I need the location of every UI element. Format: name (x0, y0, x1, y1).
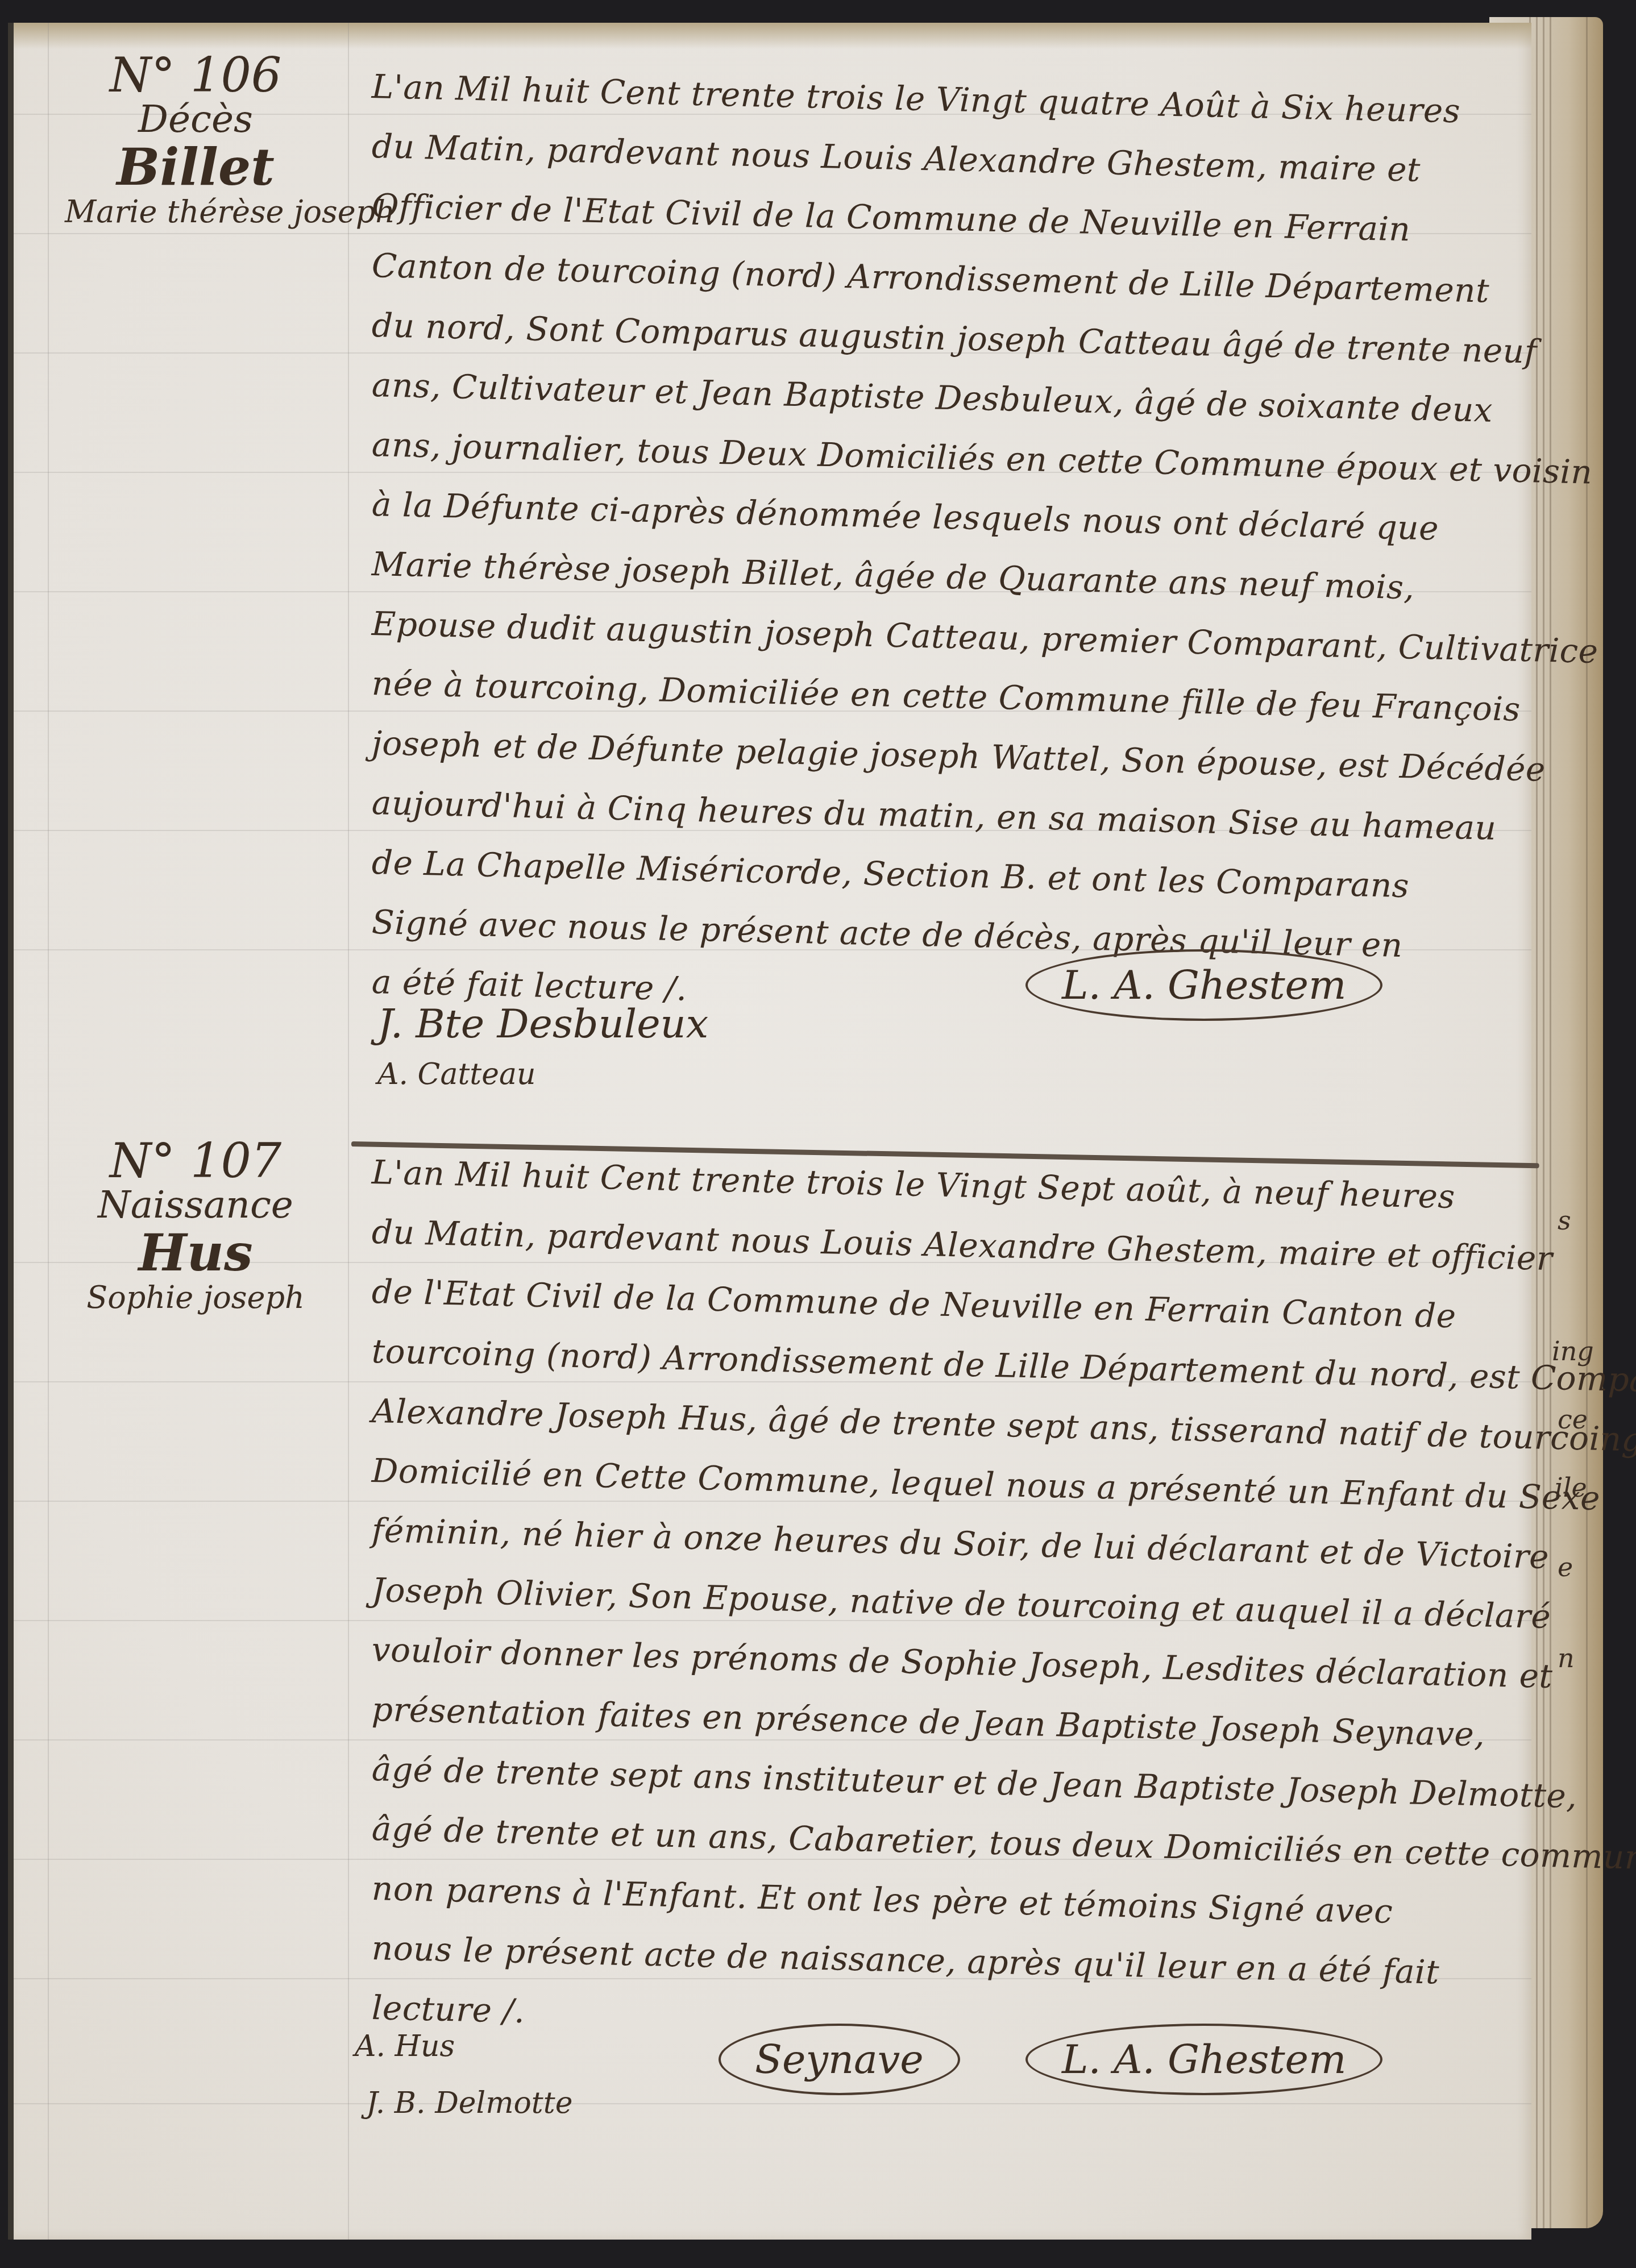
register-page: N° 106 Décès Billet Marie thérèse joseph… (8, 23, 1531, 2240)
signature-catteau: A. Catteau (377, 1057, 535, 1091)
scanned-register-image: s ing ce ile e n N° 106 Décès Billet (0, 0, 1636, 2268)
page-edge-line (1550, 17, 1551, 2228)
entry-107-margin: N° 107 Naissance Hus Sophie joseph (65, 1137, 326, 1316)
ruled-line (14, 2103, 1531, 2104)
page-edge-line (1543, 17, 1544, 2228)
entry-surname: Hus (65, 1226, 326, 1280)
binding-rule (48, 23, 49, 2240)
entry-106-body: L'an Mil huit Cent trente trois le Vingt… (372, 57, 1531, 1012)
entry-106-margin: N° 106 Décès Billet Marie thérèse joseph (65, 51, 326, 231)
entry-number: N° 106 (65, 51, 326, 99)
entry-107-body: L'an Mil huit Cent trente trois le Vingt… (372, 1143, 1531, 2038)
adjacent-page-fragment: s (1558, 1205, 1571, 1236)
signature-seynave: Seynave (719, 2024, 960, 2095)
adjacent-page-fragment: e (1558, 1552, 1573, 1582)
margin-rule (348, 23, 349, 2240)
entry-given-names: Marie thérèse joseph (65, 194, 326, 231)
entry-type: Naissance (65, 1185, 326, 1226)
entry-number: N° 107 (65, 1137, 326, 1185)
page-wear (14, 23, 1531, 49)
signature-mayor-ghestem: L. A. Ghestem (1025, 949, 1382, 1021)
signature-mayor-ghestem: L. A. Ghestem (1025, 2024, 1382, 2095)
signature-delmotte: J. B. Delmotte (366, 2086, 572, 2120)
entry-given-names: Sophie joseph (65, 1280, 326, 1316)
signature-father-hus: A. Hus (355, 2029, 455, 2063)
page-edge-line (1586, 17, 1588, 2228)
entry-surname: Billet (65, 140, 326, 194)
entry-type: Décès (65, 99, 326, 140)
adjacent-page-fragment: n (1558, 1643, 1575, 1673)
signature-desbuleux: J. Bte Desbuleux (377, 1000, 708, 1047)
